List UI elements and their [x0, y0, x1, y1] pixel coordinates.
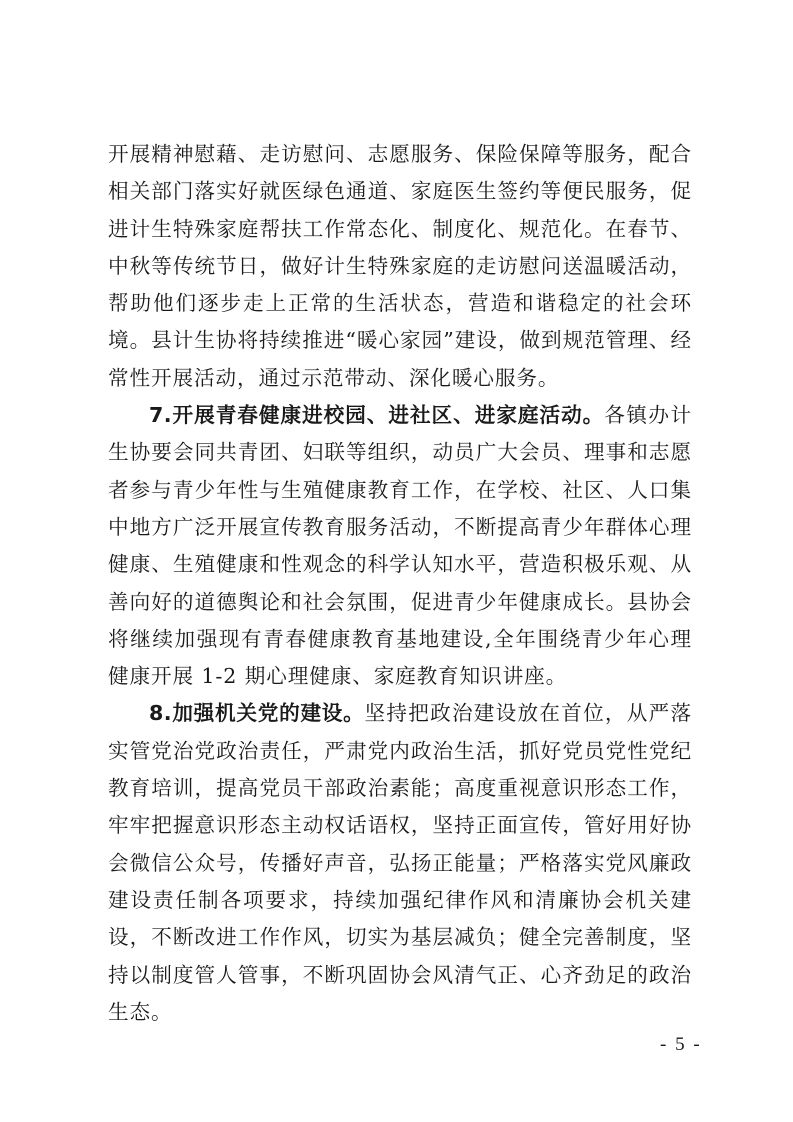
paragraph-continued: 开展精神慰藉、走访慰问、志愿服务、保险保障等服务，配合相关部门落实好就医绿色通道… — [108, 136, 692, 397]
paragraph-item-8: 8.加强机关党的建设。坚持把政治建设放在首位，从严落实管党治党政治责任，严肃党内… — [108, 695, 692, 1031]
page-number: - 5 - — [660, 1034, 702, 1056]
document-page: 开展精神慰藉、走访慰问、志愿服务、保险保障等服务，配合相关部门落实好就医绿色通道… — [0, 0, 793, 1122]
paragraph-text: 各镇办计生协要会同共青团、妇联等组织，动员广大会员、理事和志愿者参与青少年性与生… — [108, 403, 692, 688]
page-body: 开展精神慰藉、走访慰问、志愿服务、保险保障等服务，配合相关部门落实好就医绿色通道… — [108, 136, 692, 1031]
paragraph-text: 开展精神慰藉、走访慰问、志愿服务、保险保障等服务，配合相关部门落实好就医绿色通道… — [108, 142, 692, 390]
paragraph-item-7: 7.开展青春健康进校园、进社区、进家庭活动。各镇办计生协要会同共青团、妇联等组织… — [108, 397, 692, 695]
paragraph-text: 坚持把政治建设放在首位，从严落实管党治党政治责任，严肃党内政治生活，抓好党员党性… — [108, 701, 692, 1023]
section-heading-7: 7.开展青春健康进校园、进社区、进家庭活动。 — [149, 403, 604, 427]
section-heading-8: 8.加强机关党的建设。 — [149, 701, 365, 725]
